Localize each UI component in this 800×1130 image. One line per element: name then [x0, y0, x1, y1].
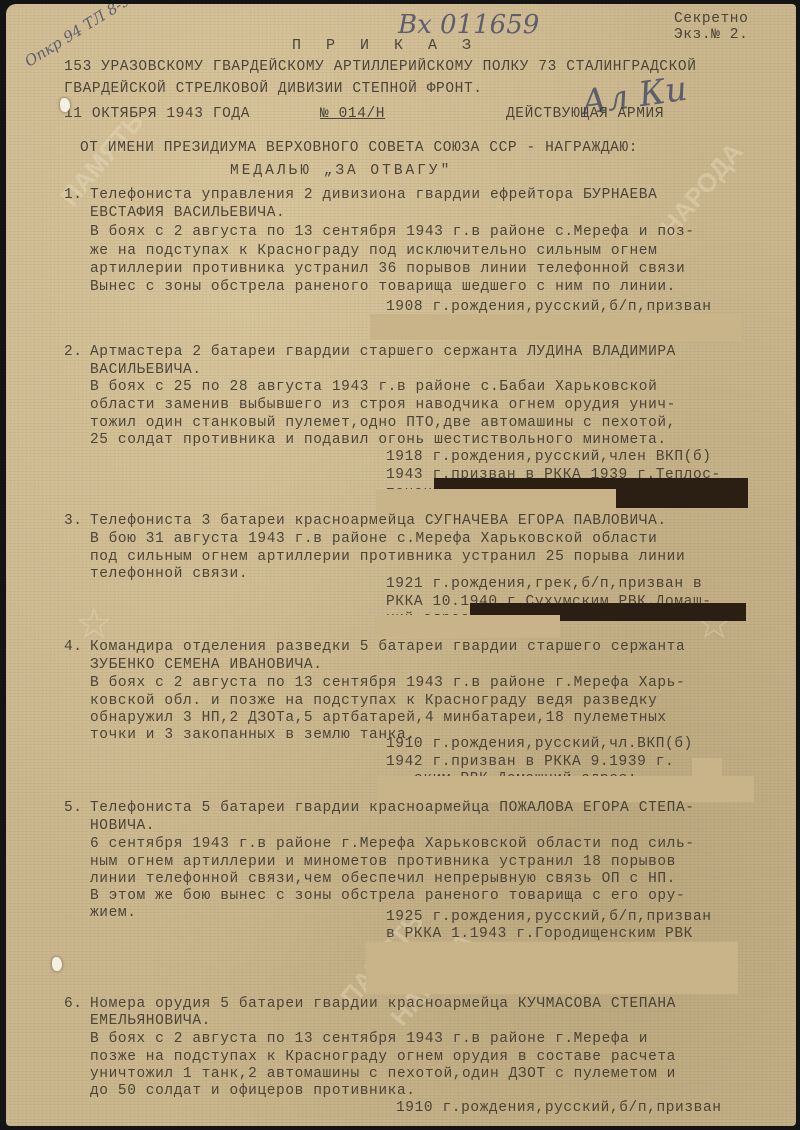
entry-number: 1.	[64, 188, 83, 203]
entry-body: до 50 солдат и офицеров противника.	[90, 1084, 416, 1099]
entry-body: ковской обл. и позже на подступах к Крас…	[90, 694, 657, 709]
entry-body: 6 сентября 1943 г.в районе г.Мерефа Харь…	[90, 837, 695, 852]
entry-number: 4.	[64, 640, 83, 655]
entry-body: артиллерии противника устранил 36 порыво…	[90, 262, 685, 277]
order-date: 11 ОКТЯБРЯ 1943 ГОДА	[64, 107, 250, 122]
entry-heading: ЗУБЕНКО СЕМЕНА ИВАНОВИЧА.	[90, 658, 323, 673]
redaction-block	[366, 942, 738, 994]
entry-body: линии телефонной связи,чем обеспечил неп…	[90, 872, 676, 887]
entry-body: точки и 3 закопанных в землю танка.	[90, 728, 416, 743]
entry-body: под сильным огнем артиллерии противника …	[90, 550, 685, 565]
entry-body: жием.	[90, 906, 137, 921]
entry-body: В этом же бою вынес с зоны обстрела ране…	[90, 889, 685, 904]
entry-number: 2.	[64, 345, 83, 360]
entry-body: же на подступах к Краснограду под исключ…	[90, 244, 657, 259]
entry-heading: ЕВСТАФИЯ ВАСИЛЬЕВИЧА.	[90, 206, 285, 221]
entry-heading: Артмастера 2 батареи гвардии старшего се…	[90, 345, 676, 360]
document-page: ПАМЯТЬ НАРОДА ПАМЯТЬ НАРОДА ☆ ☆ Опкр 94 …	[6, 4, 796, 1126]
entry-body: В боях с 2 августа по 13 сентября 1943 г…	[90, 1032, 648, 1047]
preamble: ОТ ИМЕНИ ПРЕЗИДИУМА ВЕРХОВНОГО СОВЕТА СО…	[80, 141, 638, 156]
handwritten-number: Вх 011659	[398, 10, 539, 40]
entry-heading: ВАСИЛЬЕВИЧА.	[90, 363, 202, 378]
entry-body: тожил один станковый пулемет,одно ПТО,дв…	[90, 416, 676, 431]
entry-body: В боях с 25 по 28 августа 1943 г.в район…	[90, 380, 657, 395]
redaction-block	[374, 615, 560, 637]
order-number: № 014/Н	[320, 107, 385, 122]
entry-body: позже на подступах к Краснограду огнем о…	[90, 1050, 676, 1065]
entry-body: телефонной связи.	[90, 567, 248, 582]
entry-bio: 1925 г.рождения,русский,б/п,призван	[386, 910, 712, 925]
entry-heading: Телефониста 5 батареи гвардии красноарме…	[90, 801, 695, 816]
punch-hole	[52, 957, 62, 971]
entry-heading: Телефониста 3 батареи красноармейца СУГН…	[90, 514, 667, 529]
entry-heading: ЕМЕЛЬЯНОВИЧА.	[90, 1014, 211, 1029]
unit-line: 153 УРАЗОВСКОМУ ГВАРДЕЙСКОМУ АРТИЛЛЕРИЙС…	[64, 60, 697, 75]
entry-bio: 1921 г.рождения,грек,б/п,призван в	[386, 577, 702, 592]
entry-bio: 1910 г.рождения,русский,чл.ВКП(б)	[386, 737, 693, 752]
entry-body: В бою 31 августа 1943 г.в районе с.Мереф…	[90, 532, 657, 547]
entry-heading: Командира отделения разведки 5 батареи г…	[90, 640, 685, 655]
redaction-block	[616, 478, 748, 508]
medal-name: МЕДАЛЬЮ „ЗА ОТВАГУ"	[230, 164, 452, 179]
entry-body: обнаружил 3 НП,2 ДЗОТа,5 артбатарей,4 ми…	[90, 711, 667, 726]
entry-number: 6.	[64, 997, 83, 1012]
redaction-block	[378, 776, 754, 802]
entry-body: В боях с 2 августа по 13 сентября 1943 г…	[90, 225, 695, 240]
entry-heading: НОВИЧА.	[90, 819, 155, 834]
entry-bio: в РККА 1.1943 г.Городищенским РВК	[386, 927, 693, 942]
entry-body: уничтожил 1 танк,2 автомашины с пехотой,…	[90, 1067, 676, 1082]
entry-number: 3.	[64, 514, 83, 529]
copy-label: Экз.№ 2.	[674, 28, 748, 43]
punch-hole	[60, 98, 70, 112]
entry-body: области заменив выбывшего из строя навод…	[90, 398, 676, 413]
entry-body: Вынес с зоны обстрела раненого товарища …	[90, 280, 676, 295]
entry-bio: 1908 г.рождения,русский,б/п,призван	[386, 300, 712, 315]
entry-heading: Номера орудия 5 батареи гвардии красноар…	[90, 997, 676, 1012]
redaction-block	[370, 314, 742, 340]
order-location: ДЕЙСТВУЮЩАЯ АРМИЯ	[506, 107, 664, 122]
secret-label: Секретно	[674, 12, 748, 27]
document-title: П Р И К А З	[292, 38, 479, 53]
entry-number: 5.	[64, 801, 83, 816]
entry-heading: Телефониста управления 2 дивизиона гвард…	[90, 188, 657, 203]
unit-line: ГВАРДЕЙСКОЙ СТРЕЛКОВОЙ ДИВИЗИИ СТЕПНОЙ Ф…	[64, 82, 483, 97]
entry-body: 25 солдат противника и подавил огонь шес…	[90, 433, 667, 448]
entry-bio: 1942 г.призван в РККА 9.1939 г.	[386, 755, 674, 770]
entry-body: В боях с 2 августа по 13 сентября 1943 г…	[90, 676, 685, 691]
entry-body: ным огнем артиллерии и минометов противн…	[90, 855, 676, 870]
entry-bio: 1918 г.рождения,русский,член ВКП(б)	[386, 450, 712, 465]
entry-bio: 1910 г.рождения,русский,б/п,призван	[396, 1101, 722, 1116]
